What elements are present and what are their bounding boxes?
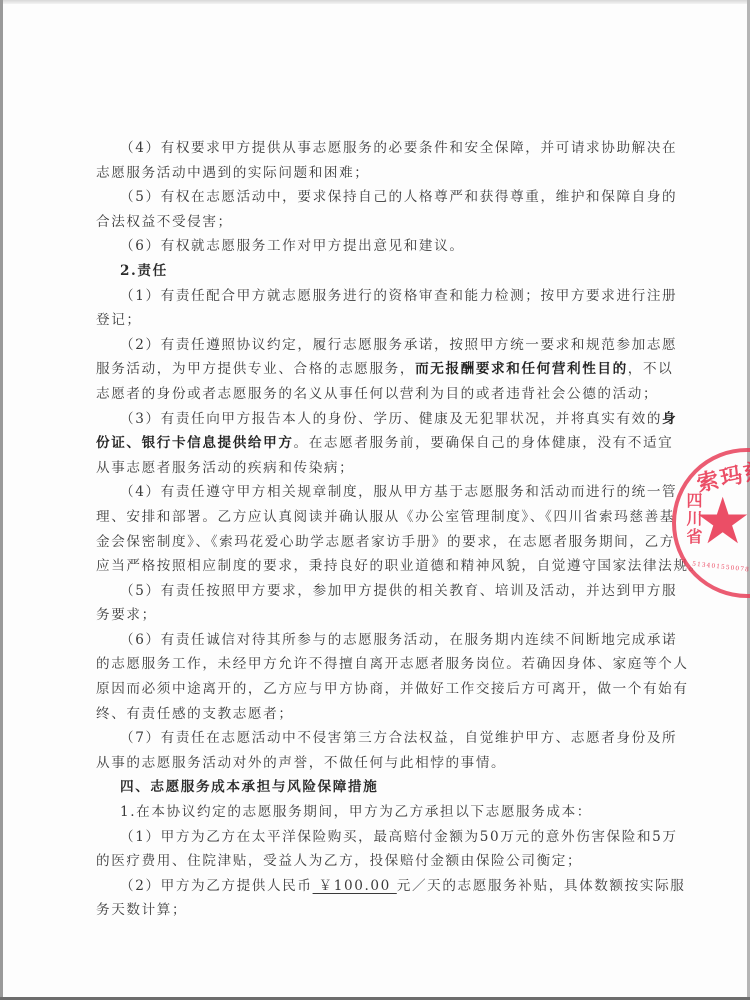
paragraph-line: 合法权益不受侵害； [96, 210, 666, 235]
paragraph-line: 务天数计算； [96, 898, 666, 923]
line-text: 。在志愿者服务前，要确保自己的身体健康，没有不适宜 [294, 435, 674, 451]
paragraph-line: （7）有责任在志愿活动中不侵害第三方合法权益，自觉维护甲方、志愿者身份及所 [96, 726, 666, 751]
paragraph-line: （1）有责任配合甲方就志愿服务进行的资格审查和能力检测；按甲方要求进行注册 [96, 284, 666, 309]
paragraph-line: （2）有责任遵照协议约定，履行志愿服务承诺，按照甲方统一要求和规范参加志愿 [96, 333, 666, 358]
paragraph-line: 志愿服务活动中遇到的实际问题和困难； [96, 161, 666, 186]
paragraph-line: 应当严格按照相应制度的要求，秉持良好的职业道德和精神风貌，自觉遵守国家法律法规。 [96, 554, 666, 579]
paragraph-line: 的志愿服务工作，未经甲方允许不得擅自离开志愿者服务岗位。若确因身体、家庭等个人 [96, 652, 666, 677]
paragraph-line: 理、安排和部署。乙方应认真阅读并确认服从《办公室管理制度》、《四川省索玛慈善基 [96, 505, 666, 530]
paragraph-line: 务要求； [96, 603, 666, 628]
paragraph-line: 金会保密制度》、《索玛花爱心助学志愿者家访手册》的要求，在志愿者服务期间，乙方 [96, 530, 666, 555]
paragraph-line: 从事志愿者服务活动的疾病和传染病； [96, 456, 666, 481]
paragraph-line: 原因而必须中途离开的，乙方应与甲方协商，并做好工作交接后方可离开，做一个有始有 [96, 677, 666, 702]
paragraph-line: （2）甲方为乙方提供人民币 ￥100.00 元／天的志愿服务补贴，具体数额按实际… [96, 874, 666, 899]
official-seal: 索玛慈 四川省 ★ 51340155007810 [672, 448, 750, 598]
paragraph-line: （1）甲方为乙方在太平洋保险购买，最高赔付金额为50万元的意外伤害保险和5万 [96, 825, 666, 850]
page-edge-top [0, 0, 750, 4]
bold-text: 身 [662, 411, 677, 427]
line-text: 元／天的志愿服务补贴，具体数额按实际服 [397, 878, 686, 894]
paragraph-line: 登记； [96, 308, 666, 333]
seal-code: 51340155007810 [692, 560, 750, 574]
bold-text: 份证、银行卡信息提供给甲方 [96, 435, 294, 451]
paragraph-line: （5）有责任按照甲方要求，参加甲方提供的相关教育、培训及活动，并达到甲方服 [96, 579, 666, 604]
section-heading: 四、志愿服务成本承担与风险保障措施 [96, 775, 666, 800]
subsidy-amount: ￥100.00 [313, 878, 397, 894]
paragraph-line: （4）有权要求甲方提供从事志愿服务的必要条件和安全保障，并可请求协助解决在 [96, 136, 666, 161]
page-edge-left [0, 0, 3, 1000]
section-heading: 2.责任 [96, 259, 666, 284]
line-text: 服务活动，为甲方提供专业、合格的志愿服务， [96, 361, 415, 377]
paragraph-line: （4）有责任遵守甲方相关规章制度，服从甲方基于志愿服务和活动而进行的统一管 [96, 480, 666, 505]
paragraph-line: 服务活动，为甲方提供专业、合格的志愿服务，而无报酬要求和任何营利性目的，不以 [96, 357, 666, 382]
paragraph-line: （6）有权就志愿服务工作对甲方提出意见和建议。 [96, 234, 666, 259]
paragraph-line: 终、有责任感的支教志愿者； [96, 702, 666, 727]
document-body: （4）有权要求甲方提供从事志愿服务的必要条件和安全保障，并可请求协助解决在 志愿… [96, 136, 666, 923]
paragraph-line: 从事的志愿服务活动对外的声誉，不做任何与此相悖的事情。 [96, 751, 666, 776]
line-text: （2）甲方为乙方提供人民币 [120, 878, 313, 894]
paragraph-line: 1.在本协议约定的志愿服务期间，甲方为乙方承担以下志愿服务成本： [96, 800, 666, 825]
paragraph-line: （6）有责任诚信对待其所参与的志愿服务活动，在服务期内连续不间断地完成承诺 [96, 628, 666, 653]
paragraph-line: 份证、银行卡信息提供给甲方。在志愿者服务前，要确保自己的身体健康，没有不适宜 [96, 431, 666, 456]
line-text: （3）有责任向甲方报告本人的身份、学历、健康及无犯罪状况，并将真实有效的 [120, 411, 662, 427]
paragraph-line: 志愿者的身份或者志愿服务的名义从事任何以营利为目的或者违背社会公德的活动； [96, 382, 666, 407]
star-icon: ★ [694, 490, 750, 554]
paragraph-line: （3）有责任向甲方报告本人的身份、学历、健康及无犯罪状况，并将真实有效的身 [96, 407, 666, 432]
paragraph-line: 的医疗费用、住院津贴，受益人为乙方，投保赔付金额由保险公司衡定； [96, 849, 666, 874]
line-text: ，不以 [628, 361, 674, 377]
bold-text: 而无报酬要求和任何营利性目的 [415, 361, 628, 377]
paragraph-line: （5）有权在志愿活动中，要求保持自己的人格尊严和获得尊重，维护和保障自身的 [96, 185, 666, 210]
